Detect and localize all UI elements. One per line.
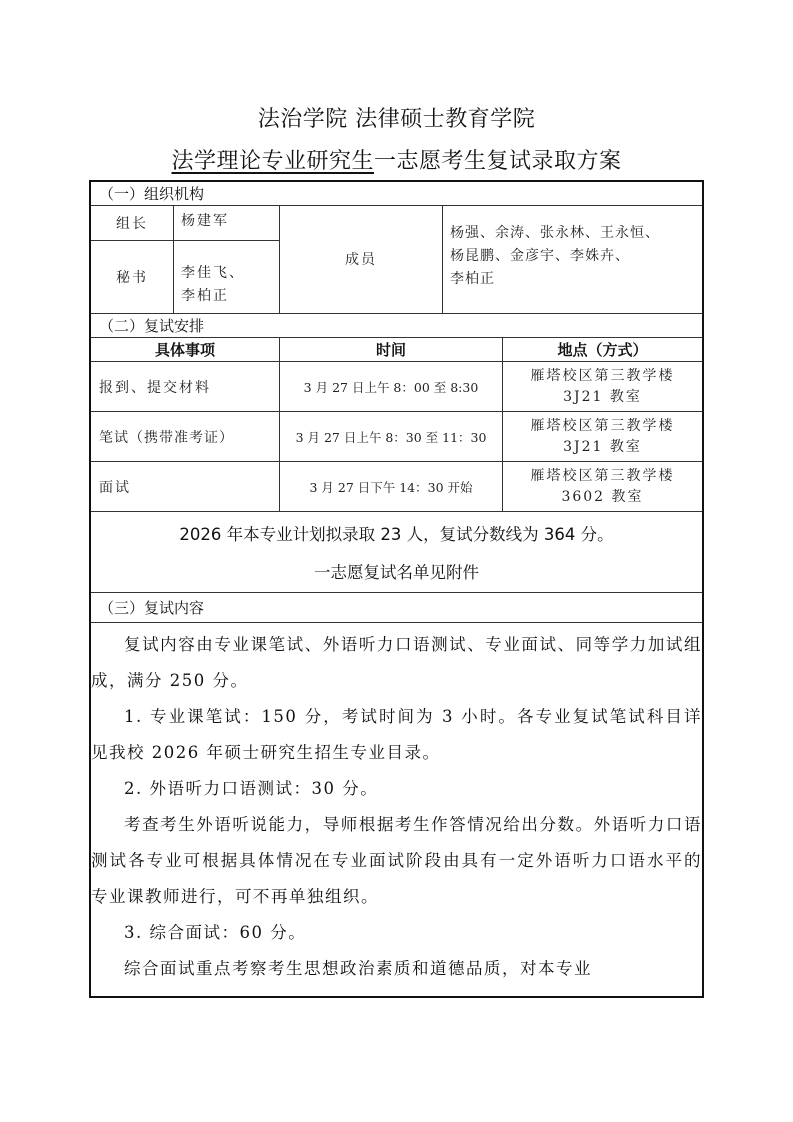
secretary-name-2: 李柏正 (181, 285, 229, 308)
section-heading-organization: （一）组织机构 (91, 182, 702, 205)
schedule-item-written-exam: 笔试（携带准考证） (99, 412, 279, 461)
paragraph-language-test-detail: 考查考生外语听说能力，导师根据考生作答情况给出分数。外语听力口语测试各专业可根据… (91, 807, 702, 915)
secretary-name-1: 李佳飞、 (181, 262, 245, 285)
members-line-2: 杨昆鹏、金彦宇、李姝卉、 (450, 245, 630, 268)
paragraph-written-exam: 1. 专业课笔试：150 分，考试时间为 3 小时。各专业复试笔试科目详见我校 … (91, 699, 702, 771)
secretary-value: 李佳飞、 李柏正 (181, 262, 279, 310)
section-heading-content: （三）复试内容 (91, 593, 702, 622)
members-label: 成员 (280, 205, 442, 313)
divider (91, 511, 702, 512)
divider (173, 205, 174, 313)
schedule-time-interview: 3 月 27 日下午 14：30 开始 (280, 462, 502, 511)
location-building: 雁塔校区第三教学楼 (531, 366, 675, 387)
members-line-3: 李柏正 (450, 268, 495, 291)
document-title-institution: 法治学院 法律硕士教育学院 (0, 102, 793, 133)
column-header-location: 地点（方式） (503, 338, 702, 361)
schedule-location-checkin: 雁塔校区第三教学楼 3J21 教室 (503, 362, 702, 411)
location-room: 3602 教室 (561, 487, 643, 508)
schedule-location-written-exam: 雁塔校区第三教学楼 3J21 教室 (503, 412, 702, 461)
paragraph-language-test-title: 2. 外语听力口语测试：30 分。 (91, 771, 702, 807)
column-header-time: 时间 (280, 338, 502, 361)
paragraph-overview: 复试内容由专业课笔试、外语听力口语测试、专业面试、同等学力加试组成，满分 250… (91, 627, 702, 699)
retest-content-body: 复试内容由专业课笔试、外语听力口语测试、专业面试、同等学力加试组成，满分 250… (91, 627, 702, 987)
schedule-item-interview: 面试 (99, 462, 279, 511)
section-heading-schedule: （二）复试安排 (91, 314, 702, 337)
leader-value: 杨建军 (181, 205, 279, 235)
schedule-item-checkin: 报到、提交材料 (99, 362, 279, 411)
admission-quota-note: 2026 年本专业计划拟录取 23 人，复试分数线为 364 分。 (91, 518, 702, 548)
title-plan-rest: 一志愿考生复试录取方案 (374, 149, 622, 174)
location-room: 3J21 教室 (563, 387, 642, 408)
members-value: 杨强、余涛、张永林、王永恒、 杨昆鹏、金彦宇、李姝卉、 李柏正 (450, 222, 702, 297)
retest-list-note: 一志愿复试名单见附件 (91, 556, 702, 586)
document-title-plan: 法学理论专业研究生一志愿考生复试录取方案 (0, 144, 793, 175)
schedule-location-interview: 雁塔校区第三教学楼 3602 教室 (503, 462, 702, 511)
location-building: 雁塔校区第三教学楼 (531, 466, 675, 487)
divider (442, 205, 443, 313)
location-room: 3J21 教室 (563, 437, 642, 458)
schedule-time-written-exam: 3 月 27 日上午 8：30 至 11：30 (280, 412, 502, 461)
schedule-time-checkin: 3 月 27 日上午 8：00 至 8:30 (280, 362, 502, 411)
title-major-underlined: 法学理论专业研究生 (171, 149, 374, 174)
paragraph-interview-detail: 综合面试重点考察考生思想政治素质和道德品质，对本专业 (91, 951, 702, 987)
paragraph-interview-title: 3. 综合面试：60 分。 (91, 915, 702, 951)
members-line-1: 杨强、余涛、张永林、王永恒、 (450, 222, 660, 245)
location-building: 雁塔校区第三教学楼 (531, 416, 675, 437)
secretary-label: 秘书 (91, 240, 173, 313)
leader-label: 组长 (91, 205, 173, 240)
column-header-item: 具体事项 (91, 338, 279, 361)
divider (91, 622, 702, 623)
